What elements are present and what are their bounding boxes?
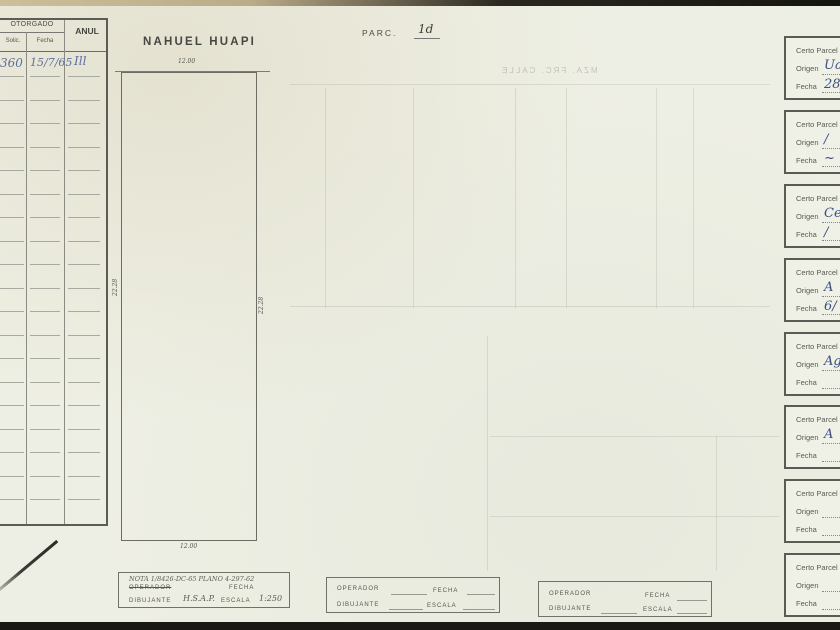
ruled-line [0,288,24,289]
fecha-label: Fecha [796,82,817,91]
fecha-label: Fecha [796,304,817,313]
blank-line [822,591,840,592]
fecha-label: Fecha [796,378,817,387]
origen-label: Origen [796,507,819,516]
cert-parcel-box: Certo Parcel Origen Ce Fecha / [784,184,840,248]
ruled-line [30,499,60,500]
pen-tip [0,540,58,594]
ruled-line [30,100,60,101]
parcel-plot [121,72,257,541]
ruled-line [68,147,100,148]
origen-value: A [824,427,833,442]
ruled-line [68,100,100,101]
column-divider [64,20,65,524]
ruled-line [68,358,100,359]
origen-value: A [824,280,833,295]
ghost-line [515,88,516,308]
column-solic: Solic. [0,38,26,44]
blank-line [822,74,840,75]
ruled-line [0,264,24,265]
ruled-line [68,335,100,336]
ruled-line [30,241,60,242]
stamp-escala-label: ESCALA [643,607,673,613]
plot-top-dimension: 12.00 [178,58,195,65]
ruled-line [68,499,100,500]
stamp-operador-label: OPERADOR [337,586,379,592]
cert-parcel-box: Certo Parcel Origen Ag Fecha [784,332,840,396]
cert-title: Certo Parcel [796,268,838,277]
column-fecha: Fecha [28,38,62,44]
ghost-line [716,436,717,571]
ruled-line [30,264,60,265]
stamp-fecha-label: FECHA [645,593,670,599]
origen-label: Origen [796,64,819,73]
fecha-value: 28/ [824,77,840,92]
ruled-line [68,288,100,289]
stamp-fecha-label: FECHA [229,585,254,591]
stamp-note: NOTA 1/8426-DC-65 PLANO 4-297-62 [129,575,254,583]
ruled-line [0,100,24,101]
ghost-line [325,88,326,308]
ruled-line [30,311,60,312]
origen-label: Origen [796,581,819,590]
blank-line [822,388,840,389]
ghost-line [290,306,770,307]
cert-title: Certo Parcel [796,342,838,351]
origen-label: Origen [796,138,819,147]
ghost-line [656,88,657,308]
ruled-line [0,147,24,148]
origen-value: Ag [824,354,840,369]
blank-line [391,594,427,595]
ruled-line [30,335,60,336]
scan-bottom-edge [0,622,840,630]
cert-parcel-box: Certo Parcel Origen Ua Fecha 28/ [784,36,840,100]
ruled-line [0,382,24,383]
fecha-value: 15/7/65 [30,56,72,69]
stamp-dibujante-label: DIBUJANTE [129,598,171,604]
blank-line [822,222,840,223]
blank-line [822,148,840,149]
fecha-label: Fecha [796,156,817,165]
stamp-fecha-label: FECHA [433,588,458,594]
ghost-line [413,88,414,308]
ruled-line [0,217,24,218]
fecha-label: Fecha [796,230,817,239]
cert-parcel-box: Certo Parcel Origen Fecha [784,479,840,543]
ghost-line [693,88,694,308]
cert-parcel-box: Certo Parcel Origen / Fecha ~ [784,110,840,174]
plot-bottom-dimension: 12.00 [180,543,197,550]
ruled-line [68,76,100,77]
ruled-line [30,123,60,124]
cert-title: Certo Parcel [796,489,838,498]
ruled-line [30,217,60,218]
stamp-operador-label: OPERADOR [549,591,591,597]
cert-parcel-box: Certo Parcel Origen A Fecha 6/ [784,258,840,322]
stamp-dibujante-label: DIBUJANTE [549,606,591,612]
ghost-line [490,516,780,517]
ruled-line [0,499,24,500]
ruled-line [30,76,60,77]
column-anul: ANUL [68,26,106,36]
ruled-line [30,170,60,171]
fecha-label: Fecha [796,525,817,534]
fecha-value: ~ [824,151,835,166]
ruled-line [68,241,100,242]
ruled-line [30,452,60,453]
otorgado-table: OTORGADO Solic. Fecha ANUL 360 15/7/65 I… [0,18,108,526]
ruled-line [68,264,100,265]
stamp-dibujante-label: DIBUJANTE [337,602,379,608]
ruled-line [68,476,100,477]
origen-value: Ce [824,206,840,221]
ruled-line [68,311,100,312]
blank-line [822,92,840,93]
stamp-operador-label: OPERADOR [129,585,171,591]
stamp-escala-label: ESCALA [427,603,457,609]
ruled-line [0,476,24,477]
parcel-underline [414,38,440,39]
ruled-line [68,452,100,453]
fecha-value: 6/ [824,299,837,314]
plot-left-dimension: 22.28 [112,279,119,296]
ruled-line [0,194,24,195]
record-card: MZA. FRC. CALLE OTORGADO Solic. Fecha AN… [0,6,840,624]
plot-right-dimension: 22.28 [258,297,265,314]
cert-title: Certo Parcel [796,46,838,55]
ruled-line [0,452,24,453]
blank-line [467,594,495,595]
ghost-line [490,436,780,437]
cert-title: Certo Parcel [796,415,838,424]
origen-label: Origen [796,433,819,442]
blank-line [601,613,637,614]
column-divider [26,32,27,524]
blank-line [822,517,840,518]
ruled-line [68,123,100,124]
fecha-value: / [824,225,828,240]
ruled-line [0,429,24,430]
blank-line [822,296,840,297]
ruled-line [68,382,100,383]
ruled-line [30,476,60,477]
blank-line [463,609,495,610]
cert-title: Certo Parcel [796,194,838,203]
blank-line [677,600,707,601]
ruled-line [68,194,100,195]
ruled-line [30,194,60,195]
blank-line [822,461,840,462]
blank-line [677,613,707,614]
stamp-escala-label: ESCALA [221,598,251,604]
blank-line [822,370,840,371]
origen-label: Origen [796,286,819,295]
blank-line [822,166,840,167]
origen-value: Ua [824,58,840,73]
fecha-label: Fecha [796,451,817,460]
cert-title: Certo Parcel [796,563,838,572]
ruled-line [68,217,100,218]
blank-line [822,240,840,241]
origen-value: / [824,132,828,147]
drawing-stamp-3: OPERADOR FECHA DIBUJANTE ESCALA [538,581,712,617]
cert-parcel-box: Certo Parcel Origen A Fecha [784,405,840,469]
cert-title: Certo Parcel [796,120,838,129]
ghost-line [487,336,488,571]
stamp-escala-value: 1:250 [259,594,282,603]
parcel-label: PARC. [362,28,397,38]
ruled-line [0,76,24,77]
ruled-line [30,405,60,406]
stamp-dibujante-value: H.S.A.P. [183,594,215,603]
ghost-header: MZA. FRC. CALLE [500,66,598,75]
ruled-line [68,429,100,430]
drawing-stamp-2: OPERADOR FECHA DIBUJANTE ESCALA [326,577,500,613]
blank-line [822,443,840,444]
ruled-line [0,358,24,359]
drawing-stamp-1: NOTA 1/8426-DC-65 PLANO 4-297-62 OPERADO… [118,572,290,608]
blank-line [822,314,840,315]
ruled-line [68,405,100,406]
otorgado-title: OTORGADO [0,21,64,33]
blank-line [389,609,423,610]
blank-line [822,535,840,536]
anul-value: Ill [74,54,86,68]
ruled-line [30,429,60,430]
ghost-line [290,84,770,85]
ruled-line [0,405,24,406]
solic-value: 360 [0,56,23,70]
cert-parcel-box: Certo Parcel Origen Fecha [784,553,840,617]
ruled-line [0,335,24,336]
otorgado-header: OTORGADO Solic. Fecha ANUL [0,20,106,52]
origen-label: Origen [796,360,819,369]
ruled-line [30,358,60,359]
parcel-number: 1d [418,22,433,36]
ruled-line [0,170,24,171]
ruled-line [0,123,24,124]
ruled-line [30,382,60,383]
district-name: NAHUEL HUAPI [143,36,256,48]
ruled-line [68,170,100,171]
fecha-label: Fecha [796,599,817,608]
ruled-line [0,241,24,242]
ruled-line [30,147,60,148]
ruled-line [30,288,60,289]
blank-line [822,609,840,610]
ghost-line [566,88,567,308]
origen-label: Origen [796,212,819,221]
ruled-line [0,311,24,312]
